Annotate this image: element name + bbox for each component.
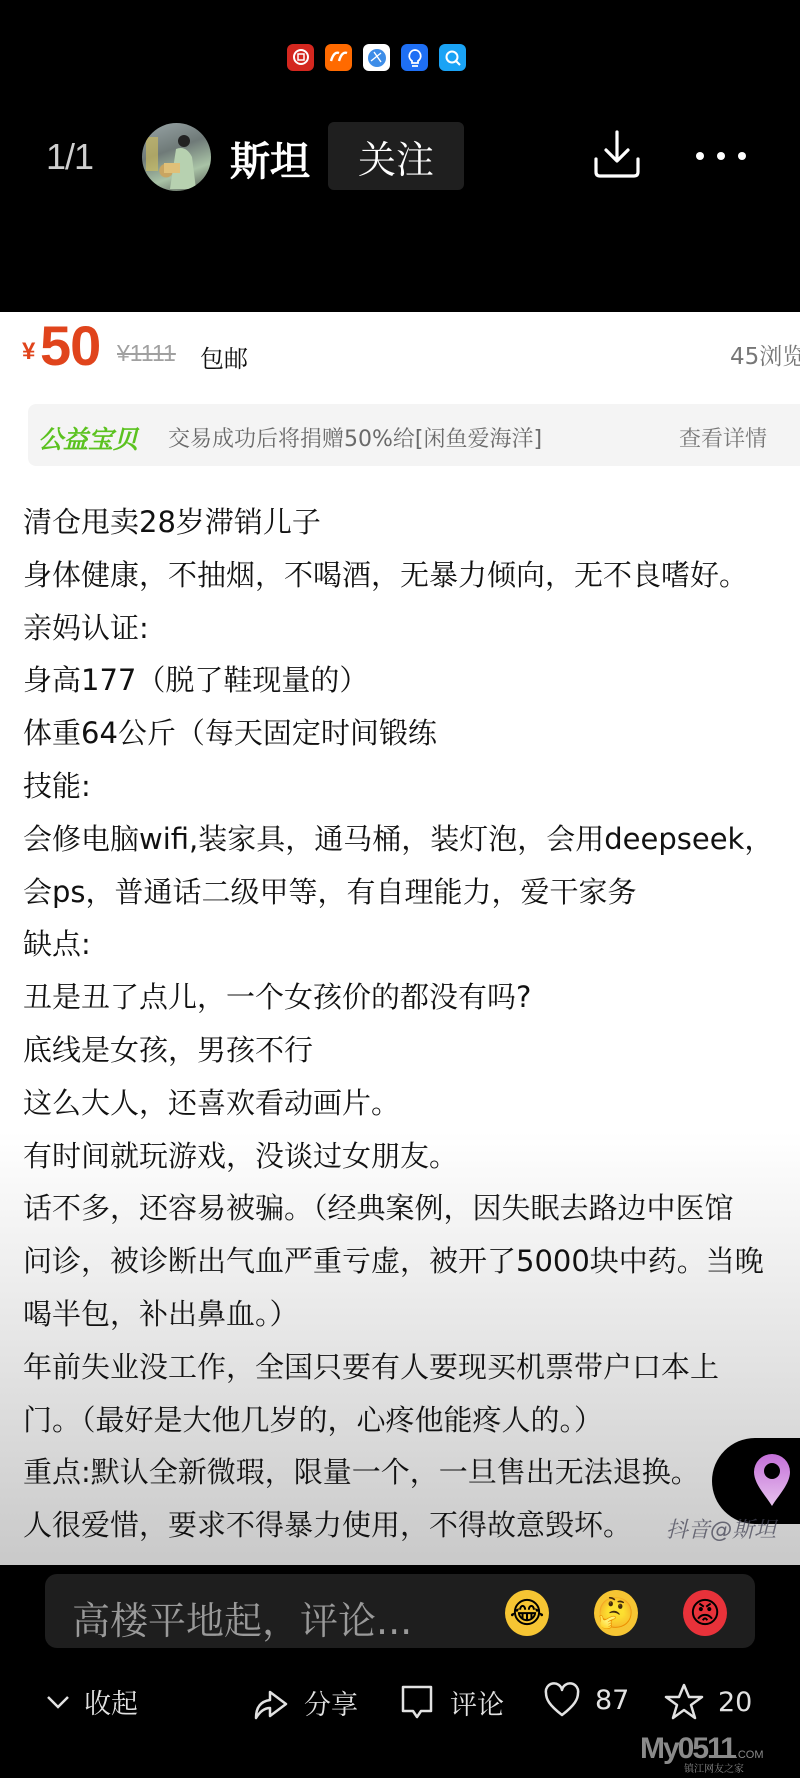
browser-icon [363,44,390,71]
comment-placeholder[interactable]: 高楼平地起，评论... [72,1590,412,1645]
description-line: 这么大人，还喜欢看动画片。 [23,1077,793,1130]
charity-description: 交易成功后将捐赠50%给[闲鱼爱海洋] [168,422,542,453]
location-pin-icon[interactable] [752,1452,792,1508]
lightbulb-app-icon [401,44,428,71]
collapse-button[interactable]: 收起 [46,1682,138,1721]
description-line: 门。（最好是大他几岁的，心疼他能疼人的。） [23,1394,793,1447]
favorite-button[interactable]: 20 [664,1682,752,1722]
alibaba-1688-icon [325,44,352,71]
share-icon [250,1682,290,1722]
description-line: 身高177（脱了鞋现量的） [23,654,793,707]
like-count: 87 [595,1685,629,1716]
description-line: 年前失业没工作，全国只要有人要现买机票带户口本上 [23,1341,793,1394]
site-logo: My0511.COM 镇江网友之家 [640,1732,764,1766]
more-icon[interactable] [692,146,750,166]
description-line: 丑是丑了点儿，一个女孩价的都没有吗? [23,971,793,1024]
description-line: 身体健康，不抽烟，不喝酒，无暴力倾向，无不良嗜好。 [23,549,793,602]
favorite-count: 20 [718,1687,752,1718]
description-line: 喝半包，补出鼻血。） [23,1288,793,1341]
description-line: 体重64公斤（每天固定时间锻练 [23,707,793,760]
price: 50 [40,313,100,378]
star-icon [664,1682,704,1722]
share-button[interactable]: 分享 [250,1682,358,1722]
item-description: 清仓甩卖28岁滞销儿子 身体健康，不抽烟，不喝酒，无暴力倾向，无不良嗜好。 亲妈… [23,496,793,1552]
charity-tag: 公益宝贝 [38,420,138,456]
icbc-app-icon [287,44,314,71]
laugh-cry-emoji-icon[interactable]: 😂 [505,1590,549,1636]
share-label: 分享 [304,1683,358,1722]
collapse-label: 收起 [84,1682,138,1721]
view-count: 45浏览 [730,338,800,371]
comment-button[interactable]: 评论 [398,1682,504,1722]
description-line: 会修电脑wifi,装家具，通马桶，装灯泡，会用deepseek， [23,813,793,866]
description-line: 话不多，还容易被骗。（经典案例，因失眠去路边中医馆 [23,1182,793,1235]
author-name[interactable]: 斯坦 [230,130,310,187]
notification-app-icons [287,44,466,72]
site-logo-subtitle: 镇江网友之家 [684,1760,744,1775]
charity-details-link[interactable]: 查看详情 [679,422,767,453]
heart-icon [543,1682,581,1718]
download-icon[interactable] [591,128,643,180]
description-line: 重点:默认全新微瑕，限量一个，一旦售出无法退换。 [23,1446,793,1499]
page-counter: 1/1 [46,136,93,178]
original-price: ¥1111 [117,340,176,367]
angry-emoji-icon[interactable]: 😡 [683,1590,727,1636]
description-line: 有时间就玩游戏，没谈过女朋友。 [23,1130,793,1183]
comment-icon [398,1682,436,1722]
author-avatar[interactable] [142,123,211,191]
search-app-icon [439,44,466,71]
description-line: 问诊，被诊断出气血严重亏虚，被开了5000块中药。当晚 [23,1235,793,1288]
follow-button[interactable]: 关注 [328,122,464,190]
currency-symbol: ¥ [22,338,35,366]
comment-label: 评论 [450,1683,504,1722]
free-shipping-label: 包邮 [200,339,248,374]
description-line: 清仓甩卖28岁滞销儿子 [23,496,793,549]
chevron-down-icon [46,1694,70,1710]
description-line: 会ps，普通话二级甲等，有自理能力，爱干家务 [23,866,793,919]
watermark: 抖音@斯坦 [666,1513,776,1544]
like-button[interactable]: 87 [543,1682,629,1718]
description-line: 缺点: [23,918,793,971]
description-line: 底线是女孩，男孩不行 [23,1024,793,1077]
thinking-emoji-icon[interactable]: 🤔 [594,1590,638,1636]
description-line: 技能: [23,760,793,813]
description-line: 亲妈认证: [23,602,793,655]
